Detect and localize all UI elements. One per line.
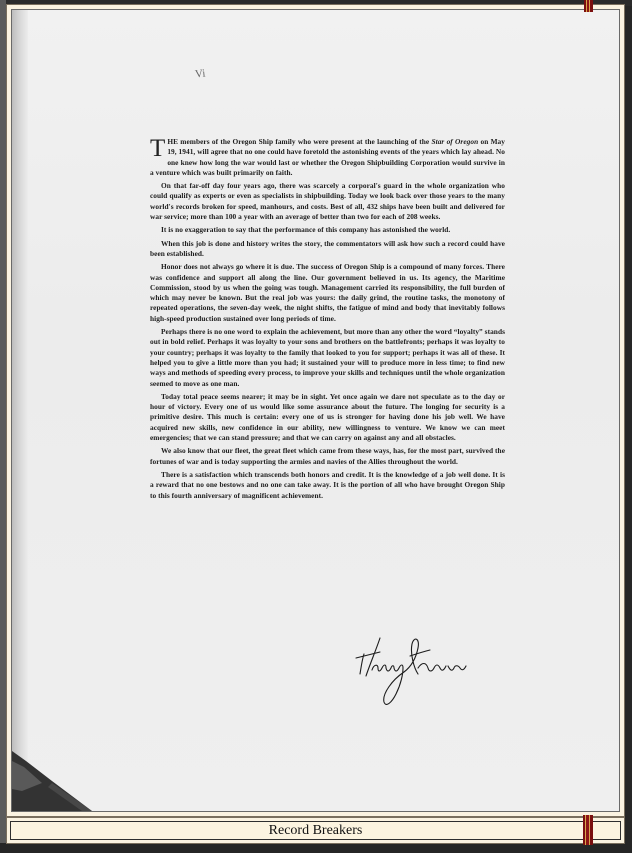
lead-word: HE (167, 137, 178, 146)
paragraph-3: It is no exaggeration to say that the pe… (150, 225, 505, 235)
scanned-page-viewport: Vi THE members of the Oregon Ship family… (11, 9, 620, 812)
ribbon-decoration-bottom (583, 815, 593, 845)
stray-handwritten-mark: Vi (194, 67, 206, 80)
ribbon-decoration-top (584, 0, 593, 12)
paragraph-7: Today total peace seems nearer; it may b… (150, 392, 505, 443)
image-frame: Vi THE members of the Oregon Ship family… (6, 4, 625, 817)
letter-body: THE members of the Oregon Ship family wh… (150, 137, 505, 504)
scanned-document-page: Vi THE members of the Oregon Ship family… (12, 10, 619, 811)
paragraph-6: Perhaps there is no one word to explain … (150, 327, 505, 389)
paragraph-9: There is a satisfaction which transcends… (150, 470, 505, 501)
caption-title: Record Breakers (269, 823, 363, 839)
signature: Henry Kaiser (352, 628, 502, 718)
paragraph-2: On that far-off day four years ago, ther… (150, 181, 505, 222)
frame-shadow-bottom (0, 843, 632, 853)
page-corner-shadow (12, 731, 162, 811)
page-binding-shadow (12, 10, 28, 811)
caption-inner: Record Breakers (10, 821, 621, 840)
paragraph-4: When this job is done and history writes… (150, 239, 505, 260)
ship-name: Star of Oregon (431, 137, 478, 146)
paragraph-5: Honor does not always go where it is due… (150, 262, 505, 324)
paragraph-8: We also know that our fleet, the great f… (150, 446, 505, 467)
caption-bar: Record Breakers (6, 817, 625, 844)
paragraph-1: THE members of the Oregon Ship family wh… (150, 137, 505, 178)
frame-shadow-right (625, 6, 632, 853)
drop-cap: T (150, 138, 165, 159)
